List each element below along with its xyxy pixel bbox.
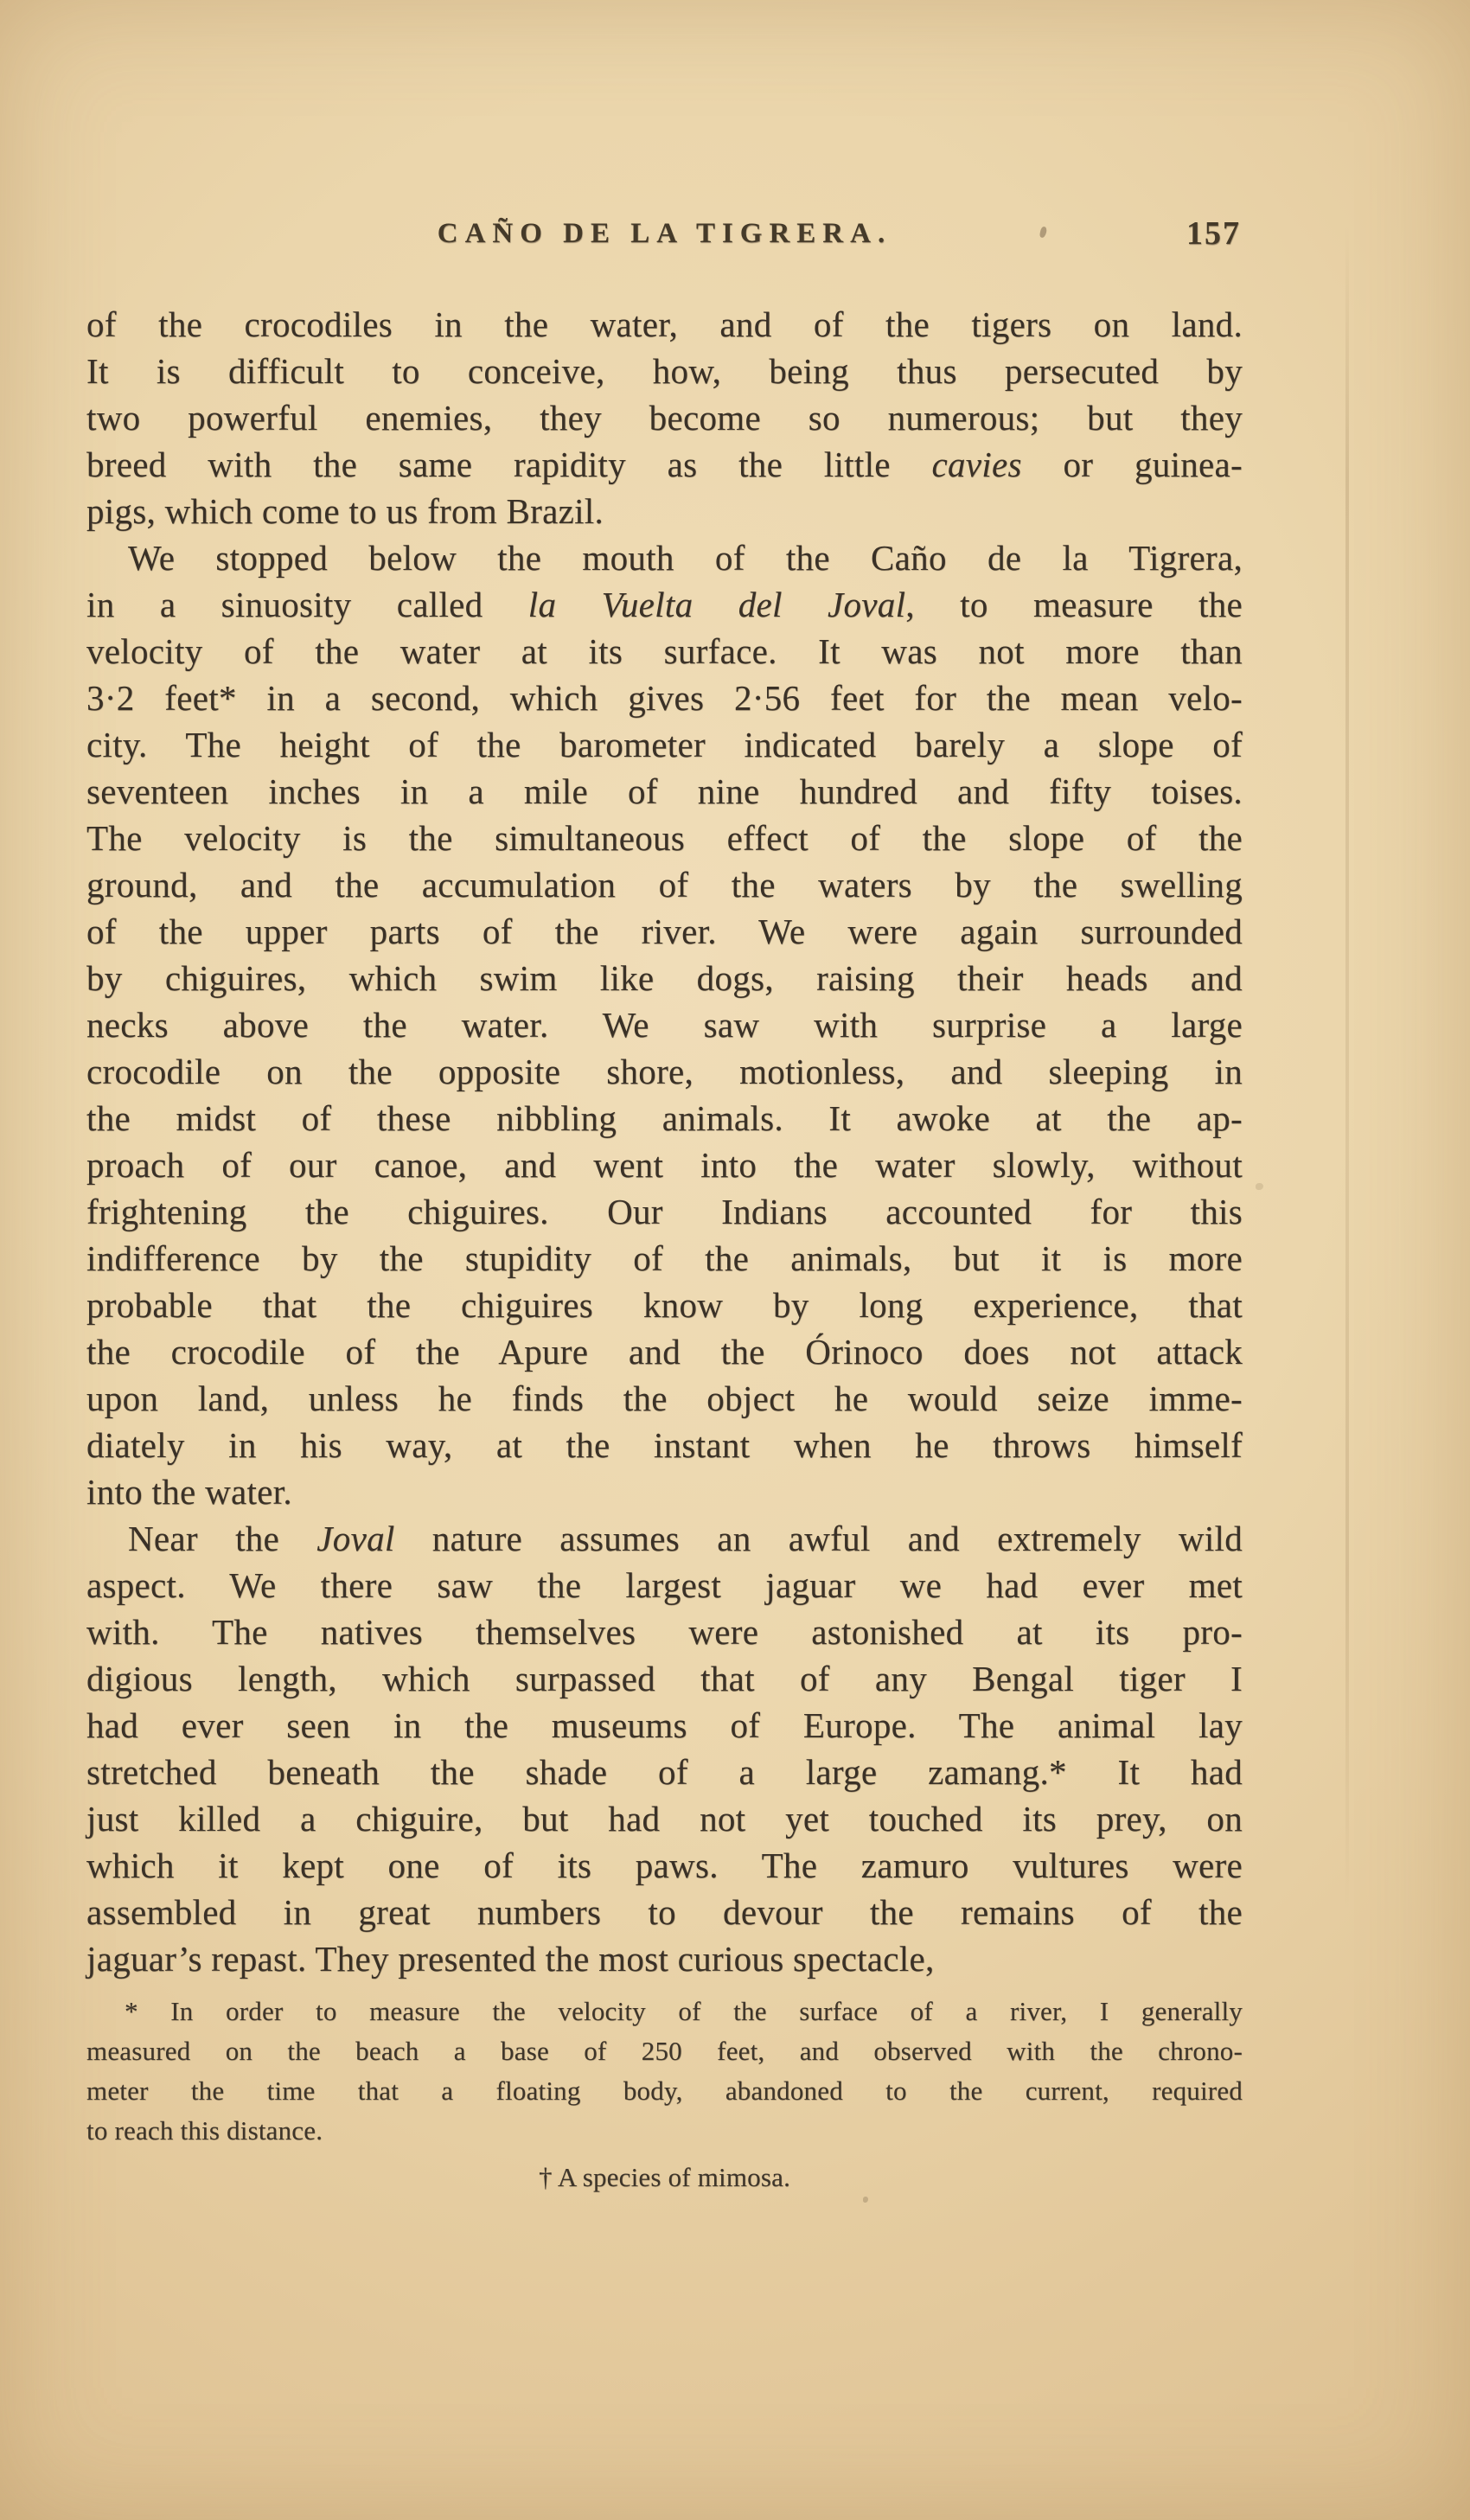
paragraph-2: We stopped below the mouth of the Caño d… — [86, 534, 1243, 1515]
text-segment: pigs, which come to us from Brazil. — [86, 491, 604, 531]
text-line: jaguar’s repast. They presented the most… — [86, 1935, 1243, 1982]
text-segment: indifference by the stupidity of the ani… — [86, 1238, 1243, 1278]
text-segment: * In order to measure the velocity of th… — [125, 1996, 1243, 2026]
text-line: pigs, which come to us from Brazil. — [86, 488, 1243, 534]
text-line: to reach this distance. — [86, 2111, 1243, 2151]
paragraph-1: of the crocodiles in the water, and of t… — [86, 301, 1243, 534]
text-line: proach of our canoe, and went into the w… — [86, 1142, 1243, 1188]
text-line: necks above the water. We saw with surpr… — [86, 1001, 1243, 1048]
text-line: * In order to measure the velocity of th… — [86, 1992, 1243, 2031]
italic-text: Joval — [316, 1519, 394, 1558]
text-line: Near the Joval nature assumes an awful a… — [86, 1515, 1243, 1562]
text-line: of the upper parts of the river. We were… — [86, 908, 1243, 955]
text-segment: Near the — [128, 1519, 316, 1558]
text-line: assembled in great numbers to devour the… — [86, 1889, 1243, 1935]
running-title: CAÑO DE LA TIGRERA. — [86, 218, 1243, 250]
text-segment: velocity of the water at its surface. It… — [86, 631, 1243, 671]
text-line: digious length, which surpassed that of … — [86, 1655, 1243, 1702]
text-segment: of the crocodiles in the water, and of t… — [86, 304, 1243, 344]
text-segment: probable that the chiguires know by long… — [86, 1285, 1243, 1325]
text-segment: jaguar’s repast. They presented the most… — [86, 1939, 935, 1979]
text-segment: in a sinuosity called — [86, 585, 528, 624]
text-segment: crocodile on the opposite shore, motionl… — [86, 1052, 1243, 1091]
text-line: It is difficult to conceive, how, being … — [86, 348, 1243, 394]
text-line: the midst of these nibbling animals. It … — [86, 1095, 1243, 1142]
text-line: into the water. — [86, 1468, 1243, 1515]
italic-text: cavies — [932, 445, 1022, 484]
text-line: We stopped below the mouth of the Caño d… — [86, 534, 1243, 581]
text-segment: assembled in great numbers to devour the… — [86, 1892, 1243, 1932]
page-number: 157 — [1186, 214, 1241, 253]
text-segment: which it kept one of its paws. The zamur… — [86, 1845, 1243, 1885]
text-line: aspect. We there saw the largest jaguar … — [86, 1562, 1243, 1609]
text-segment: to reach this distance. — [86, 2115, 323, 2146]
text-segment: measured on the beach a base of 250 feet… — [86, 2036, 1243, 2066]
text-segment: , to measure the — [905, 585, 1243, 624]
text-segment: 3·2 feet* in a second, which gives 2·56 … — [86, 678, 1243, 718]
text-segment: It is difficult to conceive, how, being … — [86, 351, 1243, 391]
text-line: stretched beneath the shade of a large z… — [86, 1749, 1243, 1795]
text-segment: We stopped below the mouth of the Caño d… — [128, 538, 1243, 578]
text-line: seventeen inches in a mile of nine hundr… — [86, 768, 1243, 815]
text-segment: city. The height of the barometer indica… — [86, 725, 1243, 764]
italic-text: la Vuelta del Joval — [528, 585, 906, 624]
paragraph-3: Near the Joval nature assumes an awful a… — [86, 1515, 1243, 1982]
text-segment: the midst of these nibbling animals. It … — [86, 1098, 1243, 1138]
text-line: probable that the chiguires know by long… — [86, 1282, 1243, 1328]
text-line: upon land, unless he finds the object he… — [86, 1375, 1243, 1422]
text-segment: breed with the same rapidity as the litt… — [86, 445, 932, 484]
footnote-species: † A species of mimosa. — [86, 2158, 1243, 2197]
text-segment: ground, and the accumulation of the wate… — [86, 865, 1243, 905]
text-segment: just killed a chiguire, but had not yet … — [86, 1799, 1243, 1839]
paper-speck — [863, 2197, 868, 2203]
text-line: velocity of the water at its surface. It… — [86, 628, 1243, 675]
footnote-block: * In order to measure the velocity of th… — [86, 1992, 1243, 2197]
text-segment: of the upper parts of the river. We were… — [86, 911, 1243, 951]
text-segment: had ever seen in the museums of Europe. … — [86, 1705, 1243, 1745]
page-body: of the crocodiles in the water, and of t… — [86, 301, 1243, 1982]
paper-speck — [1256, 1183, 1263, 1190]
running-header: CAÑO DE LA TIGRERA. 157 — [86, 218, 1243, 263]
text-line: diately in his way, at the instant when … — [86, 1422, 1243, 1468]
text-segment: with. The natives themselves were astoni… — [86, 1612, 1243, 1652]
text-line: 3·2 feet* in a second, which gives 2·56 … — [86, 675, 1243, 721]
text-segment: seventeen inches in a mile of nine hundr… — [86, 771, 1243, 811]
text-line: breed with the same rapidity as the litt… — [86, 441, 1243, 488]
text-segment: proach of our canoe, and went into the w… — [86, 1145, 1243, 1185]
text-line: two powerful enemies, they become so num… — [86, 394, 1243, 441]
page-crease — [1345, 225, 1349, 1911]
text-line: by chiguires, which swim like dogs, rais… — [86, 955, 1243, 1001]
text-segment: nature assumes an awful and extremely wi… — [395, 1519, 1243, 1558]
text-line: ground, and the accumulation of the wate… — [86, 861, 1243, 908]
text-segment: by chiguires, which swim like dogs, rais… — [86, 958, 1243, 998]
text-line: which it kept one of its paws. The zamur… — [86, 1842, 1243, 1889]
text-line: The velocity is the simultaneous effect … — [86, 815, 1243, 861]
text-segment: The velocity is the simultaneous effect … — [86, 818, 1243, 858]
book-page-scan: CAÑO DE LA TIGRERA. 157 of the crocodile… — [0, 0, 1470, 2520]
text-line: with. The natives themselves were astoni… — [86, 1609, 1243, 1655]
text-line: had ever seen in the museums of Europe. … — [86, 1702, 1243, 1749]
text-segment: or guinea- — [1022, 445, 1243, 484]
text-line: indifference by the stupidity of the ani… — [86, 1235, 1243, 1282]
text-line: of the crocodiles in the water, and of t… — [86, 301, 1243, 348]
text-segment: frightening the chiguires. Our Indians a… — [86, 1192, 1243, 1231]
text-segment: into the water. — [86, 1472, 292, 1512]
text-segment: necks above the water. We saw with surpr… — [86, 1005, 1243, 1045]
text-segment: digious length, which surpassed that of … — [86, 1659, 1243, 1698]
text-line: the crocodile of the Apure and the Órino… — [86, 1328, 1243, 1375]
text-segment: diately in his way, at the instant when … — [86, 1425, 1243, 1465]
text-line: city. The height of the barometer indica… — [86, 721, 1243, 768]
text-segment: stretched beneath the shade of a large z… — [86, 1752, 1243, 1792]
text-segment: meter the time that a floating body, aba… — [86, 2075, 1243, 2106]
footnote-first-lines: * In order to measure the velocity of th… — [86, 1992, 1243, 2151]
text-segment: the crocodile of the Apure and the Órino… — [86, 1332, 1243, 1372]
text-segment: two powerful enemies, they become so num… — [86, 398, 1243, 438]
text-line: just killed a chiguire, but had not yet … — [86, 1795, 1243, 1842]
text-line: measured on the beach a base of 250 feet… — [86, 2031, 1243, 2071]
text-line: in a sinuosity called la Vuelta del Jova… — [86, 581, 1243, 628]
text-segment: aspect. We there saw the largest jaguar … — [86, 1565, 1243, 1605]
text-segment: upon land, unless he finds the object he… — [86, 1378, 1243, 1418]
text-line: frightening the chiguires. Our Indians a… — [86, 1188, 1243, 1235]
text-line: meter the time that a floating body, aba… — [86, 2071, 1243, 2111]
text-line: crocodile on the opposite shore, motionl… — [86, 1048, 1243, 1095]
